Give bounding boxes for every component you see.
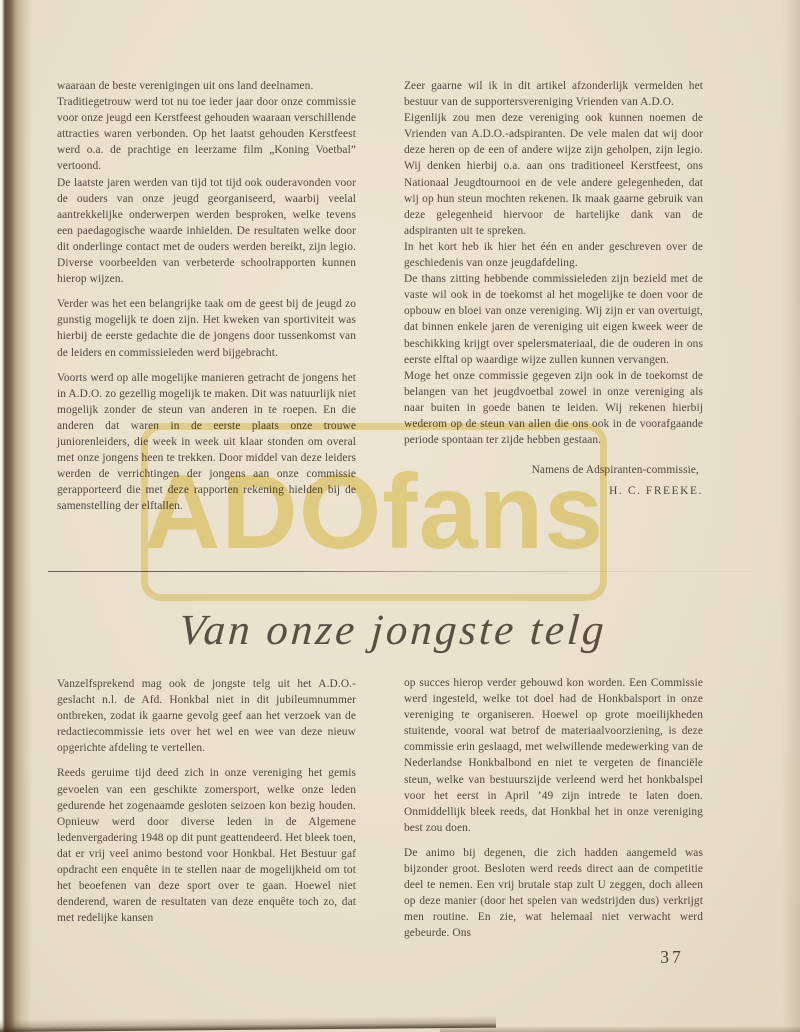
page-edge-bottom-faint xyxy=(440,1026,800,1032)
article-title: Van onze jongste telg xyxy=(46,606,739,655)
article-jeugdafdeling-right-column: Zeer gaarne wil ik in dit artikel afzond… xyxy=(404,78,703,499)
article-honkbal-left-column: Vanzelfsprekend mag ook de jongste telg … xyxy=(57,676,356,926)
paragraph: Vanzelfsprekend mag ook de jongste telg … xyxy=(57,676,356,756)
paragraph: De animo bij degenen, die zich hadden aa… xyxy=(404,845,703,942)
paragraph: De laatste jaren werden van tijd tot tij… xyxy=(57,175,356,288)
signature-block: Namens de Adspiranten-commissie, H. C. F… xyxy=(404,462,703,499)
paragraph: De thans zitting hebbende commissieleden… xyxy=(404,271,703,368)
paragraph: Reeds geruime tijd deed zich in onze ver… xyxy=(57,765,356,926)
page-number: 37 xyxy=(642,947,702,968)
paragraph: waaraan de beste verenigingen uit ons la… xyxy=(57,78,356,94)
signature-name: H. C. FREEKE. xyxy=(404,483,703,499)
signature-role: Namens de Adspiranten-commissie, xyxy=(404,462,703,478)
paragraph: Voorts werd op alle mogelijke manieren g… xyxy=(57,370,356,515)
paragraph: Traditiegetrouw werd tot nu toe ieder ja… xyxy=(57,94,356,174)
binding-edge-left xyxy=(0,0,32,1032)
section-divider-rule xyxy=(48,571,755,572)
paragraph: Moge het onze commissie gegeven zijn ook… xyxy=(404,368,703,448)
paragraph: Verder was het een belangrijke taak om d… xyxy=(57,296,356,360)
paragraph: Eigenlijk zou men deze vereniging ook ku… xyxy=(404,110,703,239)
paragraph: op succes hierop verder gebouwd kon word… xyxy=(404,675,703,836)
article-jeugdafdeling-left-column: waaraan de beste verenigingen uit ons la… xyxy=(57,78,356,514)
paragraph: Zeer gaarne wil ik in dit artikel afzond… xyxy=(404,78,703,110)
article-honkbal-right-column: op succes hierop verder gebouwd kon word… xyxy=(404,675,703,942)
page-edge-right xyxy=(782,0,800,1032)
paragraph: In het kort heb ik hier het één en ander… xyxy=(404,239,703,271)
